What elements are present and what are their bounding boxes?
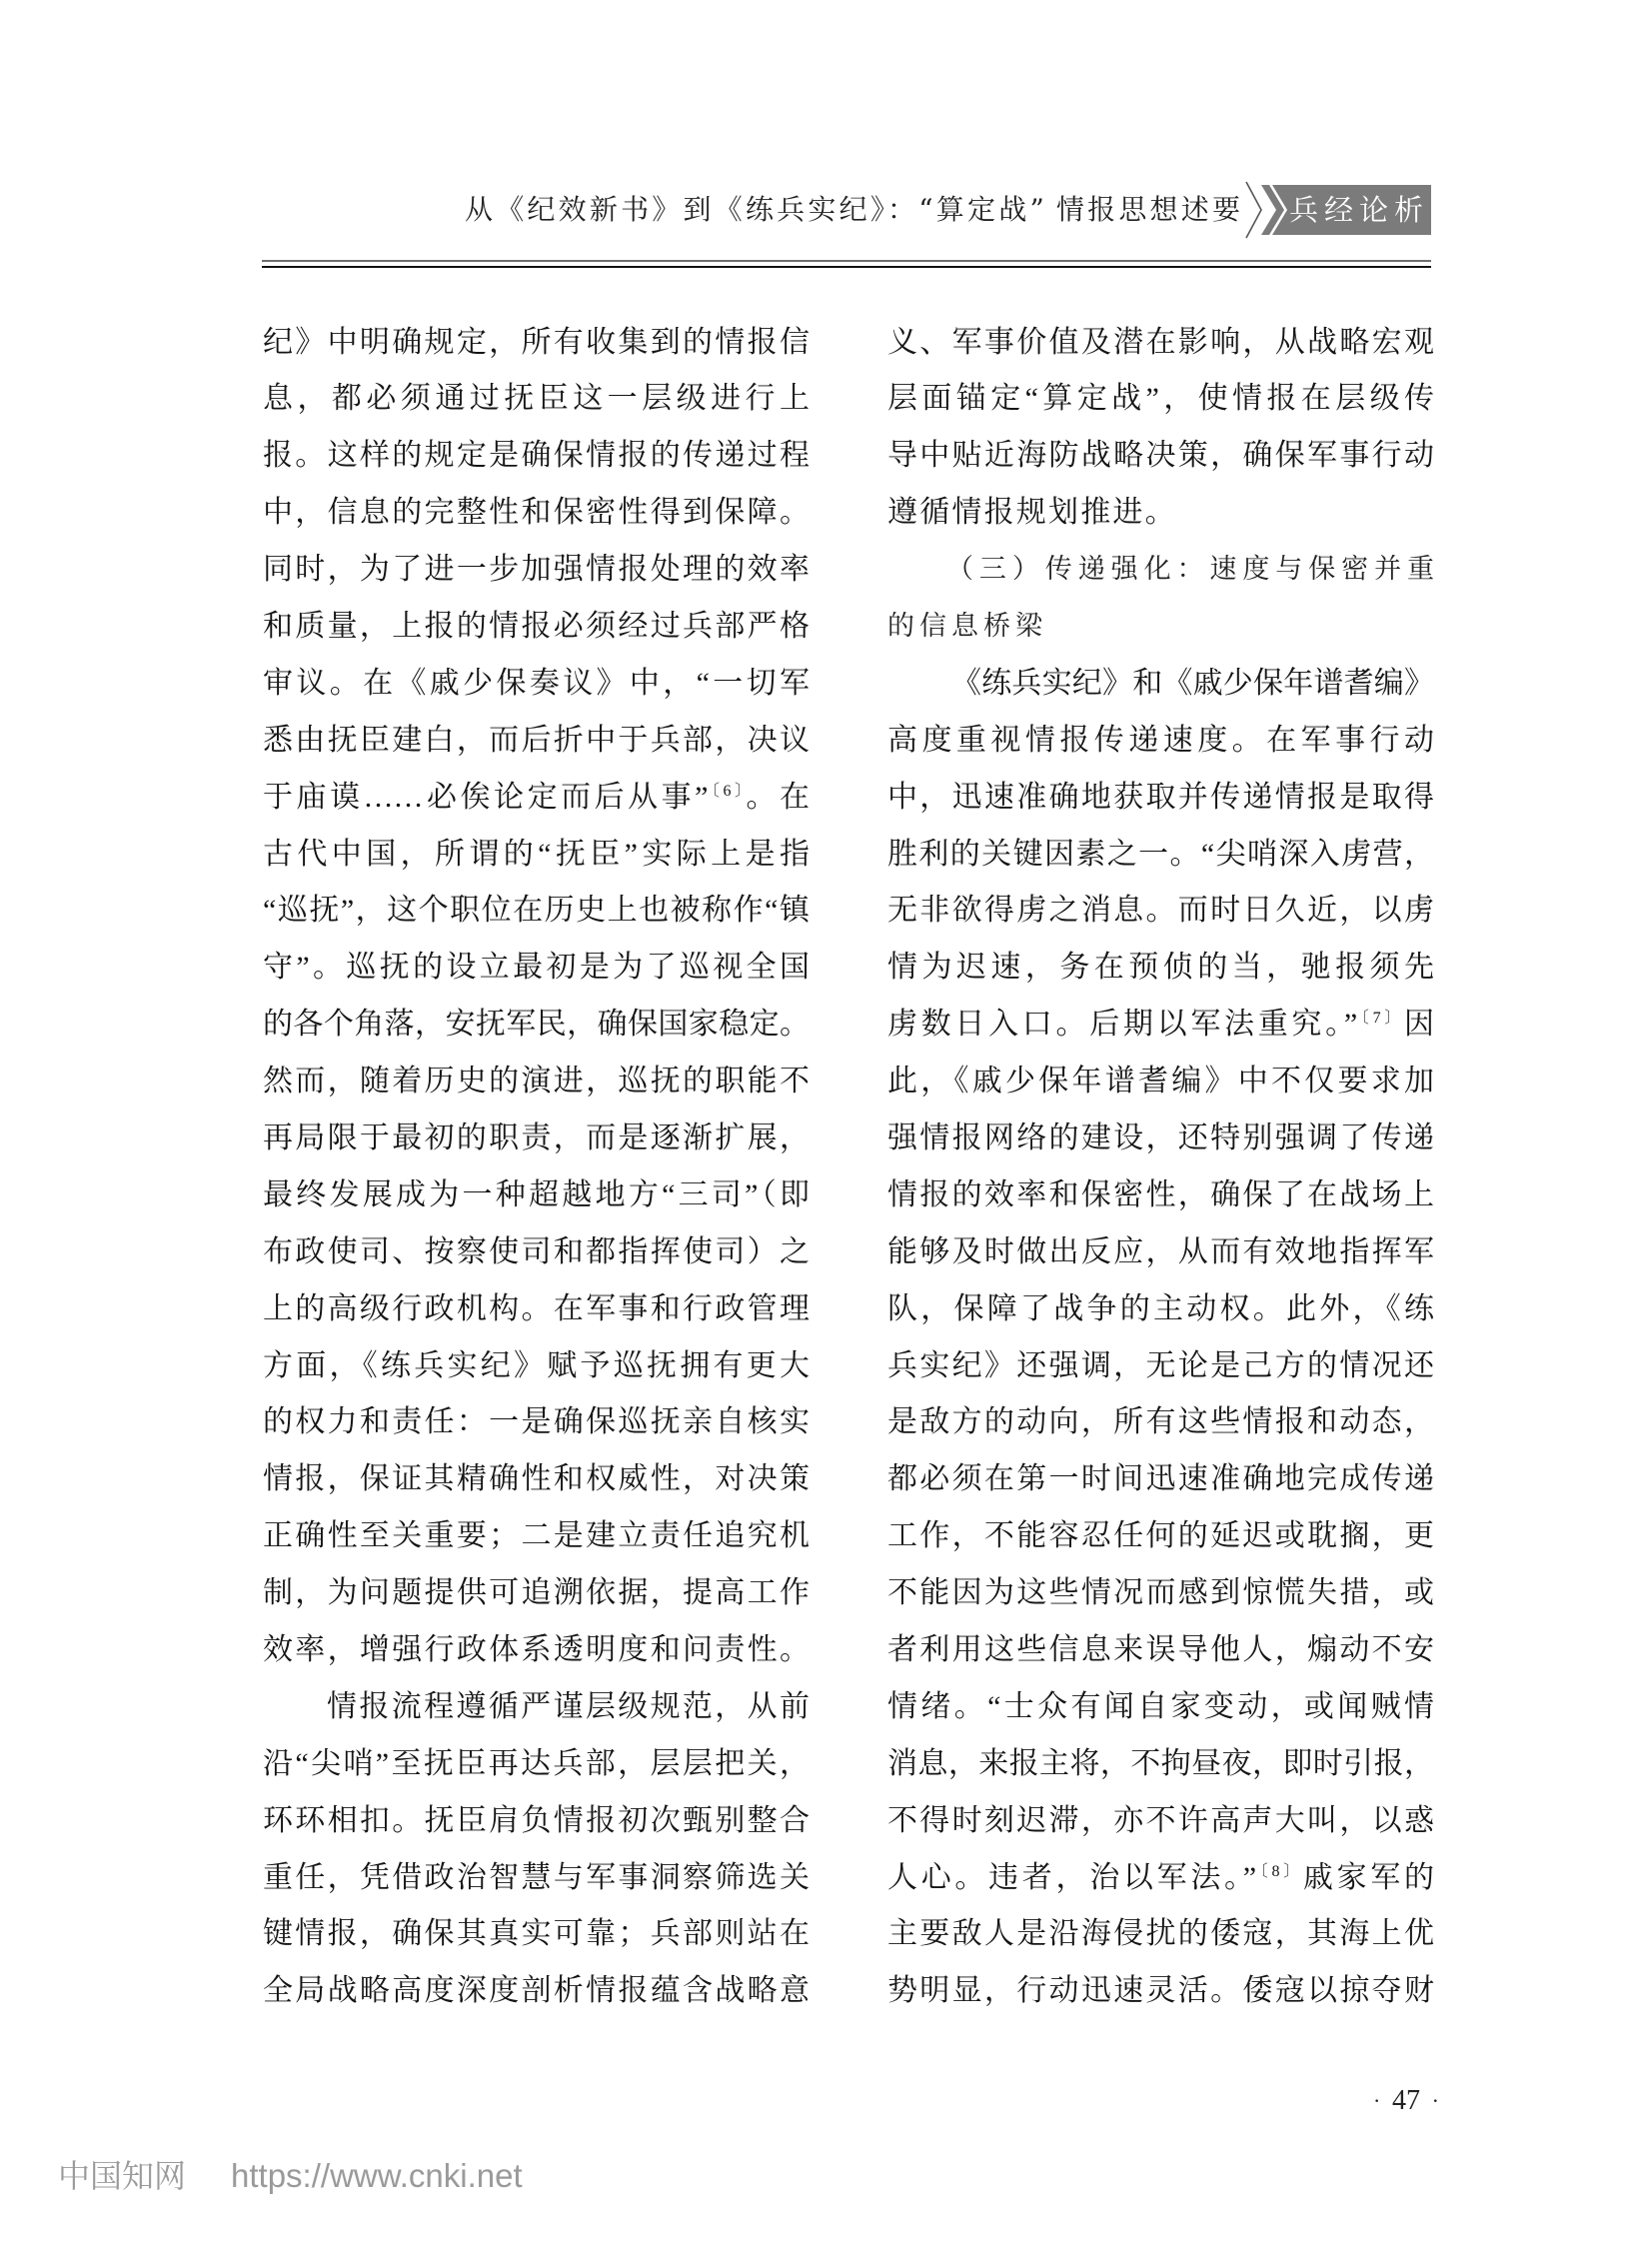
text-line: “巡抚”，这个职位在历史上也被称作“镇 xyxy=(263,883,810,940)
text-line: 此，《戚少保年谱耆编》中不仅要求加 xyxy=(887,1054,1434,1111)
text-line: 键情报，确保其真实可靠；兵部则站在 xyxy=(263,1906,810,1963)
text-line: 能够及时做出反应，从而有效地指挥军 xyxy=(887,1224,1434,1281)
watermark-name: 中国知网 xyxy=(58,2156,186,2196)
text-line: 者利用这些信息来误导他人，煽动不安 xyxy=(887,1622,1434,1679)
text-line: 中，迅速准确地获取并传递情报是取得 xyxy=(887,770,1434,827)
text-line: 重任，凭借政治智慧与军事洞察筛选关 xyxy=(263,1850,810,1907)
header-rule-gray xyxy=(262,260,1431,262)
text-line: 消息，来报主将，不拘昼夜，即时引报， xyxy=(887,1736,1434,1793)
line-text: 。在 xyxy=(746,781,810,814)
text-line: 悉由抚臣建白，而后折中于兵部，决议 xyxy=(263,713,810,770)
text-line: 不能因为这些情况而感到惊慌失措，或 xyxy=(887,1565,1434,1622)
text-line: 兵实纪》还强调，无论是己方的情况还 xyxy=(887,1338,1434,1395)
text-line: 正确性至关重要；二是建立责任追究机 xyxy=(263,1508,810,1565)
cnki-watermark: 中国知网 https://www.cnki.net xyxy=(58,2156,523,2196)
header-rule-black xyxy=(262,266,1431,268)
text-line: 无非欲得虏之消息。而时日久近，以虏 xyxy=(887,883,1434,940)
paragraph-first-line: 《练兵实纪》和《戚少保年谱耆编》 xyxy=(887,656,1434,713)
text-line: 高度重视情报传递速度。在军事行动 xyxy=(887,713,1434,770)
text-line: 古代中国，所谓的“抚臣”实际上是指 xyxy=(263,827,810,884)
text-line-with-citation: 虏数日入口。后期以军法重究。”〔7〕因 xyxy=(887,997,1434,1054)
text-line: 不得时刻迟滞，亦不许高声大叫，以惑 xyxy=(887,1793,1434,1850)
text-line: 同时，为了进一步加强情报处理的效率 xyxy=(263,542,810,599)
text-line: 上的高级行政机构。在军事和行政管理 xyxy=(263,1281,810,1338)
citation-ref: 〔7〕 xyxy=(1357,1010,1404,1027)
section-heading-continued: 的信息桥梁 xyxy=(887,599,1434,656)
text-line: 情报，保证其精确性和权威性，对决策 xyxy=(263,1451,810,1508)
text-line: 然而，随着历史的演进，巡抚的职能不 xyxy=(263,1054,810,1111)
text-line: 义、军事价值及潜在影响，从战略宏观 xyxy=(887,315,1434,372)
line-text: 于庙谟……必俟论定而后从事” xyxy=(263,781,708,814)
text-line: 全局战略高度深度剖析情报蕴含战略意 xyxy=(263,1963,810,2020)
text-line: 层面锚定“算定战”，使情报在层级传 xyxy=(887,371,1434,428)
paragraph-first-line: 情报流程遵循严谨层级规范，从前 xyxy=(263,1679,810,1736)
text-line: 情报的效率和保密性，确保了在战场上 xyxy=(887,1167,1434,1224)
citation-ref: 〔8〕 xyxy=(1256,1863,1303,1880)
text-line: 中，信息的完整性和保密性得到保障。 xyxy=(263,485,810,542)
text-line: 的权力和责任：一是确保巡抚亲自核实 xyxy=(263,1394,810,1451)
text-line: 环环相扣。抚臣肩负情报初次甄别整合 xyxy=(263,1793,810,1850)
text-line: 都必须在第一时间迅速准确地完成传递 xyxy=(887,1451,1434,1508)
text-line: 势明显，行动迅速灵活。倭寇以掠夺财 xyxy=(887,1963,1434,2020)
text-line: 情为迟速，务在预侦的当，驰报须先 xyxy=(887,940,1434,997)
text-line: 布政使司、按察使司和都指挥使司）之 xyxy=(263,1224,810,1281)
text-line: 制，为问题提供可追溯依据，提高工作 xyxy=(263,1565,810,1622)
text-line: 纪》中明确规定，所有收集到的情报信 xyxy=(263,315,810,372)
text-line: 情绪。“士众有闻自家变动，或闻贼情 xyxy=(887,1679,1434,1736)
line-text: 因 xyxy=(1404,1008,1434,1041)
text-line: 工作，不能容忍任何的延迟或耽搁，更 xyxy=(887,1508,1434,1565)
text-line: 队，保障了战争的主动权。此外，《练 xyxy=(887,1281,1434,1338)
line-text: 戚家军的 xyxy=(1303,1861,1434,1894)
text-line: 导中贴近海防战略决策，确保军事行动 xyxy=(887,428,1434,485)
watermark-url: https://www.cnki.net xyxy=(231,2156,523,2196)
section-heading: （三）传递强化：速度与保密并重 xyxy=(887,542,1434,599)
paragraph-last-line: 遵循情报规划推进。 xyxy=(887,485,1434,542)
journal-page: 从《纪效新书》到《练兵实纪》：“算定战” 情报思想述要 兵经论析 纪》中明确规定… xyxy=(0,0,1652,2243)
page-number-dot: · xyxy=(1432,2084,1439,2118)
page-number: · 47 · xyxy=(1373,2084,1439,2118)
text-line: 强情报网络的建设，还特别强调了传递 xyxy=(887,1111,1434,1167)
text-line: 报。这样的规定是确保情报的传递过程 xyxy=(263,428,810,485)
text-line: 沿“尖哨”至抚臣再达兵部，层层把关， xyxy=(263,1736,810,1793)
page-number-value: 47 xyxy=(1392,2084,1420,2118)
text-line: 和质量，上报的情报必须经过兵部严格 xyxy=(263,599,810,656)
text-line: 再局限于最初的职责，而是逐渐扩展， xyxy=(263,1111,810,1167)
text-line: 的各个角落，安抚军民，确保国家稳定。 xyxy=(263,997,810,1054)
text-line: 胜利的关键因素之一。“尖哨深入虏营， xyxy=(887,827,1434,884)
text-line: 审议。在《戚少保奏议》中，“一切军情， xyxy=(263,656,810,713)
citation-ref: 〔6〕 xyxy=(708,783,746,800)
page-number-dot: · xyxy=(1373,2084,1380,2118)
running-title: 从《纪效新书》到《练兵实纪》：“算定战” 情报思想述要 xyxy=(465,190,1240,230)
text-line: 是敌方的动向，所有这些情报和动态， xyxy=(887,1394,1434,1451)
text-line: 效率，增强行政体系透明度和问责性。 xyxy=(263,1622,810,1679)
line-text: 虏数日入口。后期以军法重究。” xyxy=(887,1008,1357,1041)
text-line: 主要敌人是沿海侵扰的倭寇，其海上优 xyxy=(887,1906,1434,1963)
section-tag: 兵经论析 xyxy=(1289,185,1423,235)
right-column: 义、军事价值及潜在影响，从战略宏观 层面锚定“算定战”，使情报在层级传 导中贴近… xyxy=(887,315,1434,2021)
text-line: 最终发展成为一种超越地方“三司”（即 xyxy=(263,1167,810,1224)
line-text: 人心。违者，治以军法。” xyxy=(887,1861,1256,1894)
left-column: 纪》中明确规定，所有收集到的情报信 息，都必须通过抚臣这一层级进行上 报。这样的… xyxy=(263,315,810,2021)
text-line: 息，都必须通过抚臣这一层级进行上 xyxy=(263,371,810,428)
text-line: 守”。巡抚的设立最初是为了巡视全国 xyxy=(263,940,810,997)
text-line: 方面，《练兵实纪》赋予巡抚拥有更大 xyxy=(263,1338,810,1395)
text-line-with-citation: 人心。违者，治以军法。”〔8〕戚家军的 xyxy=(887,1850,1434,1907)
text-line-with-citation: 于庙谟……必俟论定而后从事”〔6〕。在 xyxy=(263,770,810,827)
